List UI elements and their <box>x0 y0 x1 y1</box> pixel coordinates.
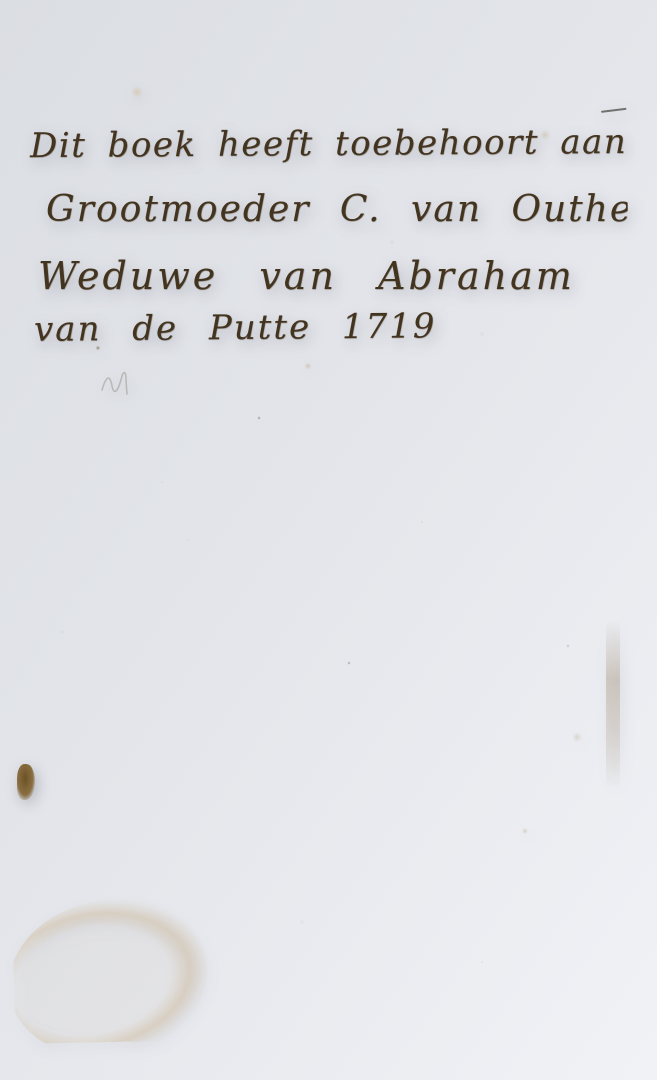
photo-background: Dit boek heeft toebehoort aan Grootmoede… <box>0 0 657 1080</box>
inscription-line-3: Weduwe van Abraham <box>38 254 575 298</box>
ink-blot <box>17 764 35 800</box>
water-stain <box>0 881 222 1074</box>
inscription-line-1: Dit boek heeft toebehoort aan <box>30 122 627 166</box>
book-page: Dit boek heeft toebehoort aan Grootmoede… <box>0 0 657 1080</box>
foxing-spots <box>0 0 4 4</box>
hairline-pen-mark <box>601 107 631 113</box>
book: Dit boek heeft toebehoort aan Grootmoede… <box>0 0 657 1080</box>
inscription-line-4: van de Putte 1719 <box>34 306 437 350</box>
pencil-mark <box>98 366 158 400</box>
inscription-line-2: Grootmoeder C. van Outheusde <box>46 189 657 230</box>
edge-smudge <box>606 620 620 790</box>
